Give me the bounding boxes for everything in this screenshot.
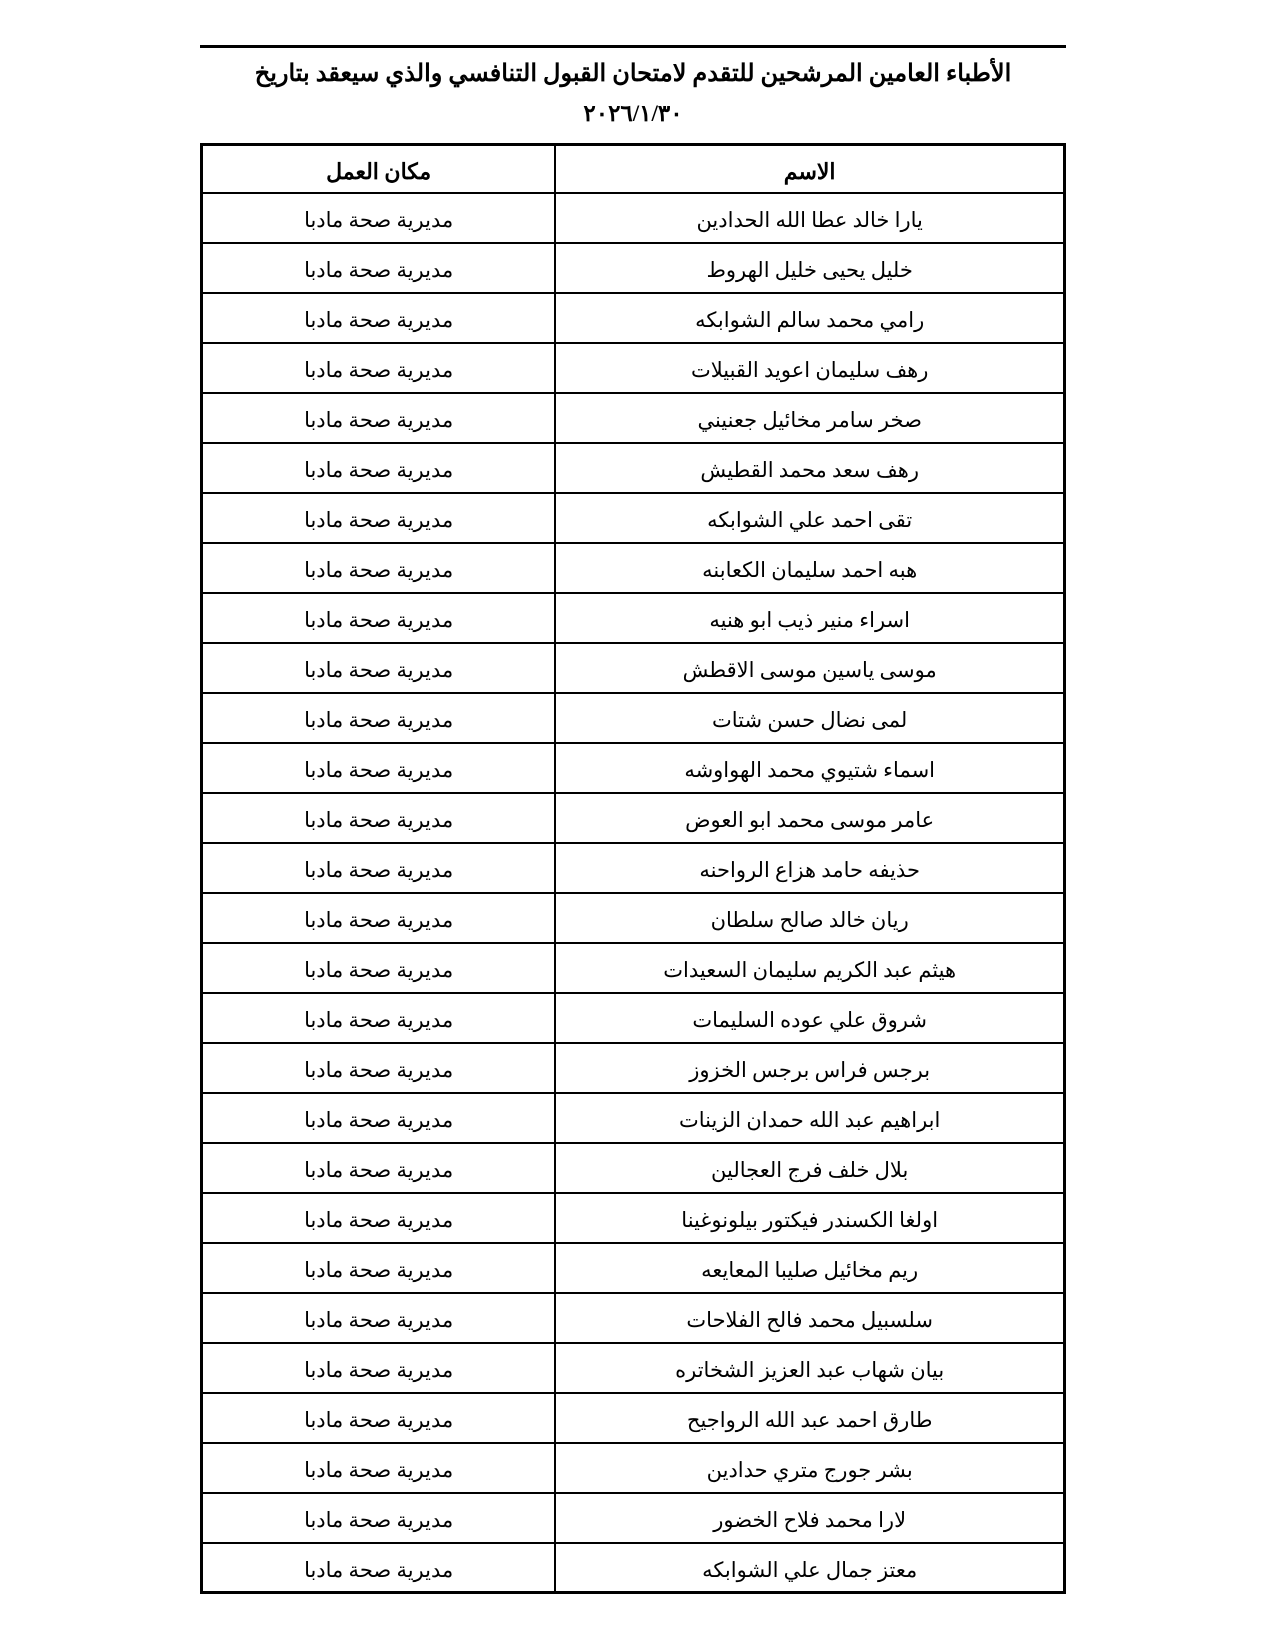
page-title: الأطباء العامين المرشحين للتقدم لامتحان … xyxy=(200,55,1066,133)
table-row: هيثم عبد الكريم سليمان السعيدات مديرية ص… xyxy=(202,943,1065,993)
table-row: لمى نضال حسن شتات مديرية صحة مادبا xyxy=(202,693,1065,743)
table-row: اسراء منير ذيب ابو هنيه مديرية صحة مادبا xyxy=(202,593,1065,643)
workplace-cell: مديرية صحة مادبا xyxy=(202,1193,556,1243)
table-row: موسى ياسين موسى الاقطش مديرية صحة مادبا xyxy=(202,643,1065,693)
page-title-text: الأطباء العامين المرشحين للتقدم لامتحان … xyxy=(200,55,1066,94)
workplace-cell: مديرية صحة مادبا xyxy=(202,993,556,1043)
header-name: الاسم xyxy=(555,145,1064,193)
name-cell: بيان شهاب عبد العزيز الشخاتره xyxy=(555,1343,1064,1393)
name-cell: برجس فراس برجس الخزوز xyxy=(555,1043,1064,1093)
table-row: يارا خالد عطا الله الحدادين مديرية صحة م… xyxy=(202,193,1065,243)
name-cell: لارا محمد فلاح الخضور xyxy=(555,1493,1064,1543)
table-row: عامر موسى محمد ابو العوض مديرية صحة مادب… xyxy=(202,793,1065,843)
workplace-cell: مديرية صحة مادبا xyxy=(202,843,556,893)
table-row: ريم مخائيل صليبا المعايعه مديرية صحة ماد… xyxy=(202,1243,1065,1293)
name-cell: بشر جورج متري حدادين xyxy=(555,1443,1064,1493)
table-row: تقى احمد علي الشوابكه مديرية صحة مادبا xyxy=(202,493,1065,543)
table-row: شروق علي عوده السليمات مديرية صحة مادبا xyxy=(202,993,1065,1043)
workplace-cell: مديرية صحة مادبا xyxy=(202,393,556,443)
table-row: برجس فراس برجس الخزوز مديرية صحة مادبا xyxy=(202,1043,1065,1093)
name-cell: رهف سعد محمد القطيش xyxy=(555,443,1064,493)
page-title-date: ٢٠٢٦/١/٣٠ xyxy=(200,94,1066,133)
workplace-cell: مديرية صحة مادبا xyxy=(202,543,556,593)
name-cell: عامر موسى محمد ابو العوض xyxy=(555,793,1064,843)
table-row: طارق احمد عبد الله الرواجيح مديرية صحة م… xyxy=(202,1393,1065,1443)
name-cell: تقى احمد علي الشوابكه xyxy=(555,493,1064,543)
workplace-cell: مديرية صحة مادبا xyxy=(202,1443,556,1493)
table-row: لارا محمد فلاح الخضور مديرية صحة مادبا xyxy=(202,1493,1065,1543)
name-cell: بلال خلف فرج العجالين xyxy=(555,1143,1064,1193)
workplace-cell: مديرية صحة مادبا xyxy=(202,643,556,693)
name-cell: خليل يحيى خليل الهروط xyxy=(555,243,1064,293)
table-row: بيان شهاب عبد العزيز الشخاتره مديرية صحة… xyxy=(202,1343,1065,1393)
header-workplace: مكان العمل xyxy=(202,145,556,193)
workplace-cell: مديرية صحة مادبا xyxy=(202,1343,556,1393)
workplace-cell: مديرية صحة مادبا xyxy=(202,693,556,743)
name-cell: موسى ياسين موسى الاقطش xyxy=(555,643,1064,693)
table-row: بلال خلف فرج العجالين مديرية صحة مادبا xyxy=(202,1143,1065,1193)
name-cell: سلسبيل محمد فالح الفلاحات xyxy=(555,1293,1064,1343)
workplace-cell: مديرية صحة مادبا xyxy=(202,1543,556,1593)
table-row: رامي محمد سالم الشوابكه مديرية صحة مادبا xyxy=(202,293,1065,343)
name-cell: معتز جمال علي الشوابكه xyxy=(555,1543,1064,1593)
workplace-cell: مديرية صحة مادبا xyxy=(202,893,556,943)
table-row: ريان خالد صالح سلطان مديرية صحة مادبا xyxy=(202,893,1065,943)
table-body: يارا خالد عطا الله الحدادين مديرية صحة م… xyxy=(202,193,1065,1593)
table-row: صخر سامر مخائيل جعنيني مديرية صحة مادبا xyxy=(202,393,1065,443)
table-row: اولغا الكسندر فيكتور بيلونوغينا مديرية ص… xyxy=(202,1193,1065,1243)
title-divider-rule xyxy=(200,45,1066,48)
workplace-cell: مديرية صحة مادبا xyxy=(202,793,556,843)
workplace-cell: مديرية صحة مادبا xyxy=(202,943,556,993)
name-cell: ابراهيم عبد الله حمدان الزينات xyxy=(555,1093,1064,1143)
workplace-cell: مديرية صحة مادبا xyxy=(202,593,556,643)
document-page: الأطباء العامين المرشحين للتقدم لامتحان … xyxy=(0,0,1275,1650)
workplace-cell: مديرية صحة مادبا xyxy=(202,1493,556,1543)
name-cell: اسماء شتيوي محمد الهواوشه xyxy=(555,743,1064,793)
name-cell: اسراء منير ذيب ابو هنيه xyxy=(555,593,1064,643)
workplace-cell: مديرية صحة مادبا xyxy=(202,1393,556,1443)
table-row: ابراهيم عبد الله حمدان الزينات مديرية صح… xyxy=(202,1093,1065,1143)
workplace-cell: مديرية صحة مادبا xyxy=(202,1243,556,1293)
table-row: هبه احمد سليمان الكعابنه مديرية صحة مادب… xyxy=(202,543,1065,593)
table-row: معتز جمال علي الشوابكه مديرية صحة مادبا xyxy=(202,1543,1065,1593)
name-cell: حذيفه حامد هزاع الرواحنه xyxy=(555,843,1064,893)
workplace-cell: مديرية صحة مادبا xyxy=(202,443,556,493)
name-cell: هيثم عبد الكريم سليمان السعيدات xyxy=(555,943,1064,993)
workplace-cell: مديرية صحة مادبا xyxy=(202,1093,556,1143)
table-row: خليل يحيى خليل الهروط مديرية صحة مادبا xyxy=(202,243,1065,293)
workplace-cell: مديرية صحة مادبا xyxy=(202,1043,556,1093)
table-row: رهف سعد محمد القطيش مديرية صحة مادبا xyxy=(202,443,1065,493)
name-cell: ريان خالد صالح سلطان xyxy=(555,893,1064,943)
workplace-cell: مديرية صحة مادبا xyxy=(202,343,556,393)
name-cell: يارا خالد عطا الله الحدادين xyxy=(555,193,1064,243)
name-cell: لمى نضال حسن شتات xyxy=(555,693,1064,743)
workplace-cell: مديرية صحة مادبا xyxy=(202,293,556,343)
table-row: بشر جورج متري حدادين مديرية صحة مادبا xyxy=(202,1443,1065,1493)
workplace-cell: مديرية صحة مادبا xyxy=(202,1143,556,1193)
table-row: اسماء شتيوي محمد الهواوشه مديرية صحة ماد… xyxy=(202,743,1065,793)
name-cell: صخر سامر مخائيل جعنيني xyxy=(555,393,1064,443)
table-row: حذيفه حامد هزاع الرواحنه مديرية صحة مادب… xyxy=(202,843,1065,893)
name-cell: رامي محمد سالم الشوابكه xyxy=(555,293,1064,343)
name-cell: رهف سليمان اعويد القبيلات xyxy=(555,343,1064,393)
candidates-table: الاسم مكان العمل يارا خالد عطا الله الحد… xyxy=(200,143,1066,1594)
document-content: الأطباء العامين المرشحين للتقدم لامتحان … xyxy=(200,0,1066,1594)
name-cell: طارق احمد عبد الله الرواجيح xyxy=(555,1393,1064,1443)
table-row: رهف سليمان اعويد القبيلات مديرية صحة ماد… xyxy=(202,343,1065,393)
table-header-row: الاسم مكان العمل xyxy=(202,145,1065,193)
workplace-cell: مديرية صحة مادبا xyxy=(202,1293,556,1343)
workplace-cell: مديرية صحة مادبا xyxy=(202,743,556,793)
workplace-cell: مديرية صحة مادبا xyxy=(202,493,556,543)
name-cell: ريم مخائيل صليبا المعايعه xyxy=(555,1243,1064,1293)
workplace-cell: مديرية صحة مادبا xyxy=(202,243,556,293)
table-row: سلسبيل محمد فالح الفلاحات مديرية صحة ماد… xyxy=(202,1293,1065,1343)
name-cell: هبه احمد سليمان الكعابنه xyxy=(555,543,1064,593)
name-cell: شروق علي عوده السليمات xyxy=(555,993,1064,1043)
workplace-cell: مديرية صحة مادبا xyxy=(202,193,556,243)
name-cell: اولغا الكسندر فيكتور بيلونوغينا xyxy=(555,1193,1064,1243)
